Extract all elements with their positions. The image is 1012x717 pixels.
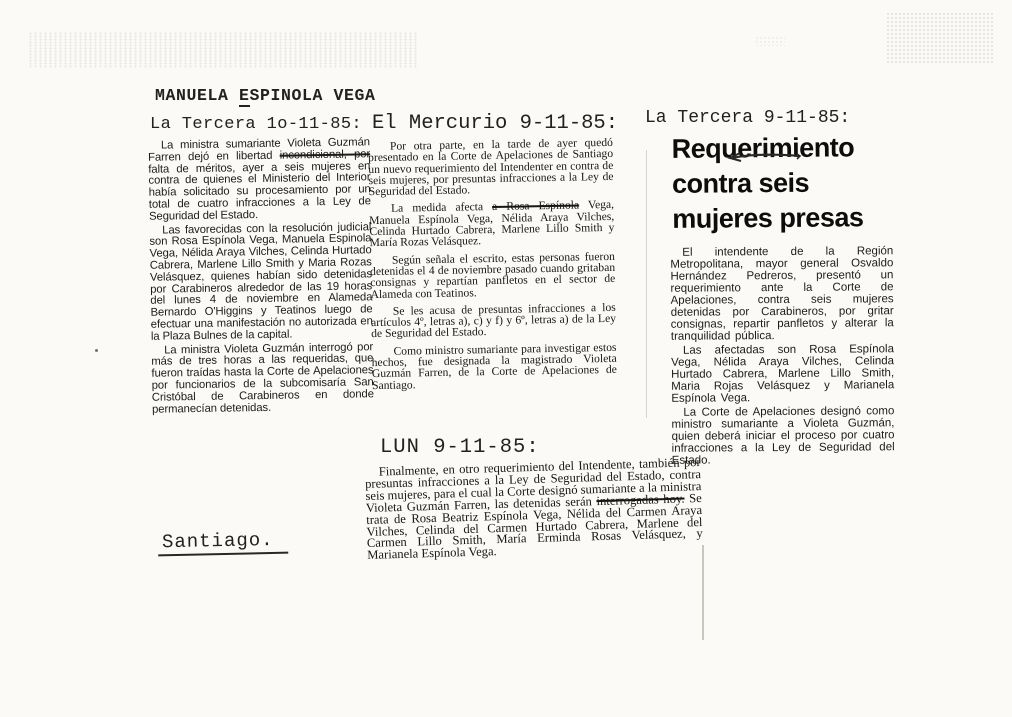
- paragraph: Como ministro sumariante para investigar…: [371, 342, 617, 391]
- paragraph: Finalmente, en otro requerimiento del In…: [365, 457, 704, 562]
- paragraph: La ministra Violeta Guzmán interrogó por…: [151, 342, 374, 416]
- paragraph: Por otra parte, en la tarde de ayer qued…: [368, 137, 614, 198]
- paragraph: Las favorecidas con la resolución judici…: [149, 222, 373, 343]
- paragraph: La medida afecta a Rosa Espínola Vega, M…: [369, 199, 615, 248]
- paragraph: La ministra sumariante Violeta Guzmán Fa…: [148, 137, 371, 223]
- headline: Requerimiento contra seis mujeres presas: [672, 130, 885, 237]
- article-body-el-mercurio: Por otra parte, en la tarde de ayer qued…: [368, 137, 617, 391]
- paragraph: Se les acusa de presuntas infracciones a…: [371, 302, 617, 340]
- clipping-edge-lun: [702, 545, 704, 640]
- article-body-lun: Finalmente, en otro requerimiento del In…: [365, 457, 704, 564]
- scan-noise-top-right: [886, 12, 994, 64]
- signoff-santiago: Santiago.: [158, 529, 288, 557]
- source-la-tercera-9: La Tercera 9-11-85:: [645, 108, 894, 128]
- article-body-la-tercera-10: La ministra sumariante Violeta Guzmán Fa…: [148, 137, 374, 416]
- source-la-tercera-10: La Tercera 1o-11-85:: [150, 115, 372, 134]
- page-title-underlined-letter: E: [239, 86, 250, 107]
- page-title-pre: MANUELA: [155, 86, 239, 105]
- article-body-la-tercera-9: El intendente de la Región Metropolitana…: [670, 245, 895, 467]
- clipping-lun: LUN 9-11-85:: [380, 436, 540, 459]
- paragraph-text: falta de méritos, ayer a seis mujeres en…: [148, 160, 371, 223]
- paragraph: La Corte de Apelaciones designó como min…: [671, 405, 894, 467]
- source-lun: LUN 9-11-85:: [380, 436, 540, 459]
- clipping-el-mercurio: El Mercurio 9-11-85: Por otra parte, en …: [372, 112, 618, 395]
- arrow-annotation-icon: [727, 150, 803, 164]
- scan-noise-top-center: [755, 36, 785, 46]
- scanned-press-clippings-page: { "colors": { "paper": "#fbfaf7", "ink":…: [0, 0, 1012, 717]
- paragraph: Las afectadas son Rosa Espínola Vega, Né…: [671, 343, 894, 405]
- scan-noise-top-left: [28, 32, 418, 68]
- source-el-mercurio: El Mercurio 9-11-85:: [372, 112, 618, 135]
- page-title: MANUELA ESPINOLA VEGA: [155, 86, 376, 105]
- paragraph: El intendente de la Región Metropolitana…: [670, 245, 894, 343]
- paragraph: Según señala el escrito, estas personas …: [370, 251, 616, 300]
- page-title-post: SPINOLA VEGA: [250, 86, 376, 105]
- clipping-la-tercera-10: La Tercera 1o-11-85: La ministra sumaria…: [150, 115, 372, 416]
- scan-speck: [95, 349, 98, 352]
